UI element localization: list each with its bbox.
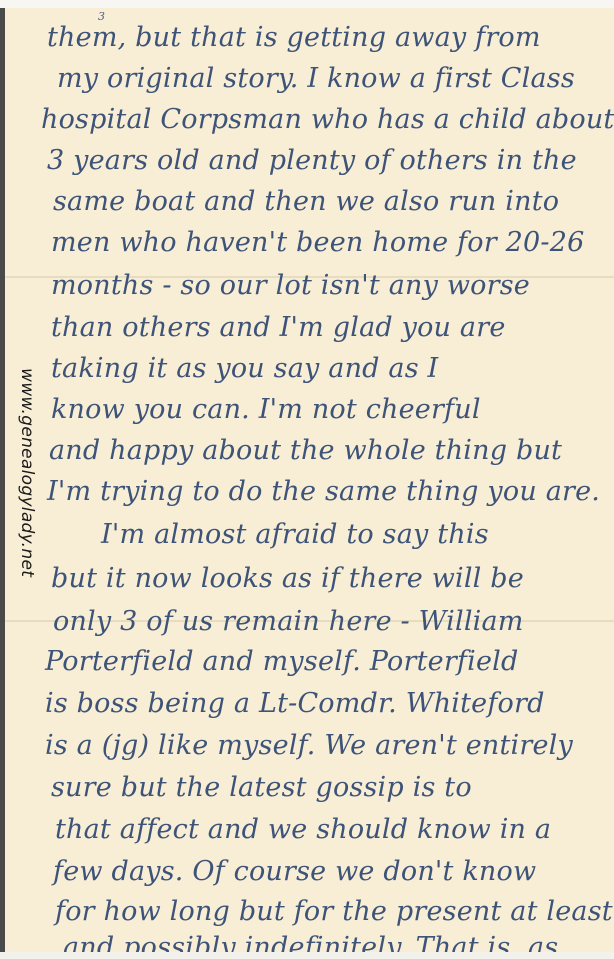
watermark-text: www.genealogylady.net [17,368,37,577]
letter-line: I'm almost afraid to say this [101,519,489,550]
letter-line: for how long but for the present at leas… [55,896,613,927]
letter-line: hospital Corpsman who has a child about [41,104,614,135]
letter-line: that affect and we should know in a [55,814,551,845]
letter-scan: 3 them, but that is getting away from my… [0,0,614,959]
letter-line: my original story. I know a first Class [57,63,575,94]
letter-line: 3 years old and plenty of others in the [47,145,577,176]
letter-line: only 3 of us remain here - William [53,606,524,637]
scan-top-margin [0,0,614,8]
letter-paper: 3 them, but that is getting away from my… [5,8,614,952]
letter-line: months - so our lot isn't any worse [51,270,530,301]
letter-line: but it now looks as if there will be [51,563,524,594]
letter-line: them, but that is getting away from [47,22,541,53]
letter-line: sure but the latest gossip is to [51,772,472,803]
letter-line: taking it as you say and as I [51,353,438,384]
letter-line: I'm trying to do the same thing you are. [47,476,600,507]
letter-line: than others and I'm glad you are [51,312,506,343]
letter-line: is a (jg) like myself. We aren't entirel… [45,730,573,761]
letter-line: men who haven't been home for 20-26 [51,227,584,258]
letter-line: few days. Of course we don't know [53,856,536,887]
letter-line: is boss being a Lt-Comdr. Whiteford [45,688,545,719]
letter-line: and happy about the whole thing but [49,435,562,466]
scan-bottom-margin [0,952,614,959]
letter-line: same boat and then we also run into [53,186,559,217]
letter-line: Porterfield and myself. Porterfield [45,646,518,677]
letter-line: know you can. I'm not cheerful [51,394,481,425]
